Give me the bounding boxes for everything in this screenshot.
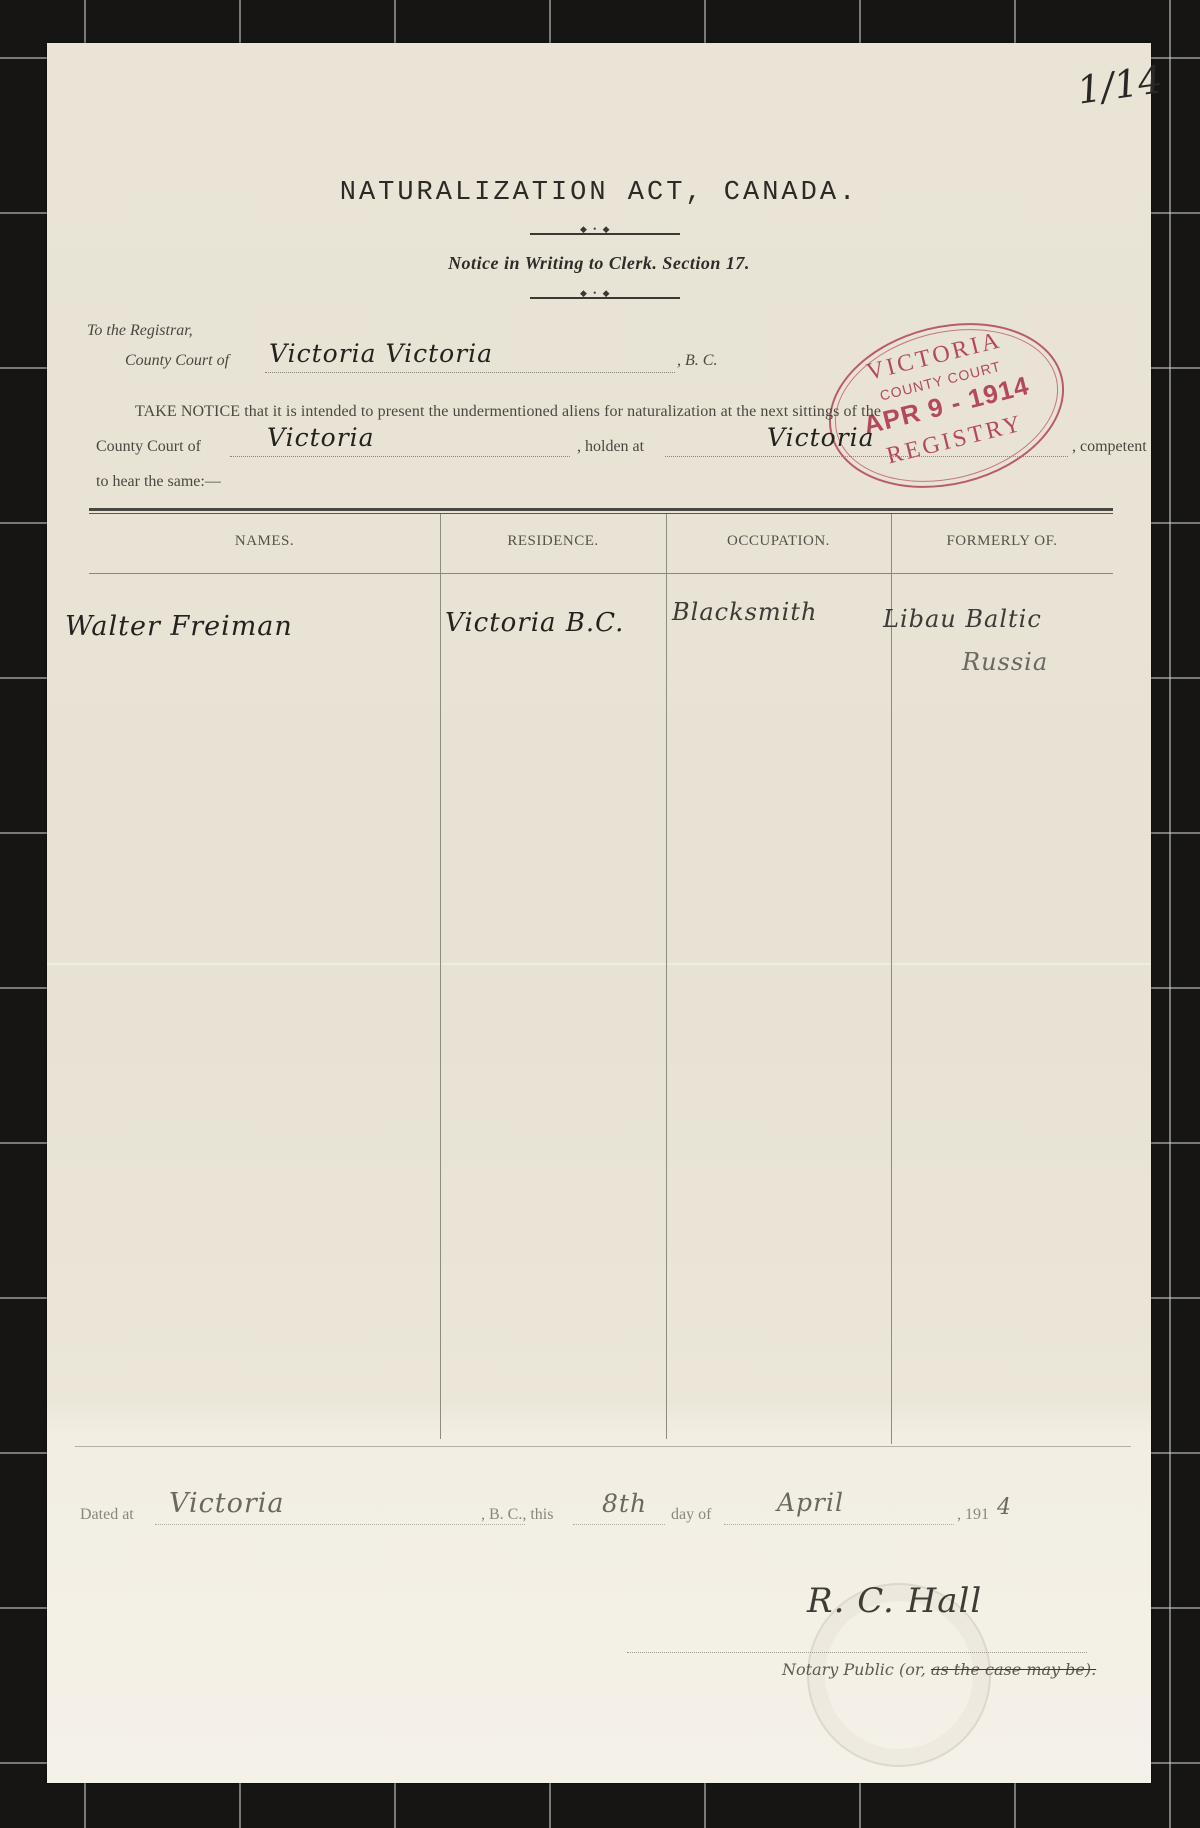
table-top-rule-thin bbox=[89, 513, 1113, 514]
naturalization-notice-form: 1/14 NATURALIZATION ACT, CANADA. Notice … bbox=[47, 43, 1151, 1783]
notary-caption: Notary Public (or, as the case may be). bbox=[782, 1660, 1096, 1679]
registrar-label: To the Registrar, bbox=[87, 322, 193, 340]
notary-label: Notary Public (or, bbox=[782, 1660, 926, 1679]
cell-residence[interactable]: Victoria B.C. bbox=[445, 608, 624, 638]
month-field[interactable]: April bbox=[777, 1488, 844, 1517]
competent-label: , competent bbox=[1072, 438, 1147, 456]
holden-at-field[interactable]: Victoria bbox=[767, 423, 875, 452]
column-divider-3 bbox=[891, 514, 892, 1444]
form-title: NATURALIZATION ACT, CANADA. bbox=[47, 178, 1151, 208]
bc-suffix: , B. C. bbox=[677, 352, 717, 370]
county-court-field[interactable]: Victoria Victoria bbox=[269, 339, 493, 368]
ornament-divider-top bbox=[530, 232, 680, 236]
notice-text: TAKE NOTICE that it is intended to prese… bbox=[135, 403, 881, 421]
column-header-formerly-of: FORMERLY OF. bbox=[891, 533, 1113, 550]
month-field-line bbox=[724, 1523, 954, 1525]
cell-occupation[interactable]: Blacksmith bbox=[672, 598, 817, 626]
column-divider-1 bbox=[440, 514, 441, 1439]
signature-line bbox=[627, 1651, 1087, 1653]
column-divider-2 bbox=[666, 514, 667, 1439]
fold-crease bbox=[47, 963, 1151, 965]
county-court-label: County Court of bbox=[125, 352, 229, 370]
day-field-line bbox=[573, 1523, 665, 1525]
cell-name[interactable]: Walter Freiman bbox=[65, 611, 293, 642]
year-prefix: , 191 bbox=[957, 1506, 989, 1524]
bc-this-label: , B. C., this bbox=[481, 1506, 553, 1524]
year-field[interactable]: 4 bbox=[997, 1495, 1012, 1520]
day-of-label: day of bbox=[671, 1506, 711, 1524]
dated-at-field-line bbox=[155, 1523, 525, 1525]
cell-formerly-of-line2[interactable]: Russia bbox=[962, 648, 1048, 676]
form-subtitle: Notice in Writing to Clerk. Section 17. bbox=[47, 253, 1151, 274]
holden-at-label: , holden at bbox=[577, 438, 644, 456]
notary-struck-text: as the case may be). bbox=[931, 1660, 1096, 1679]
ornament-divider-bottom bbox=[530, 296, 680, 300]
table-top-rule bbox=[89, 508, 1113, 511]
county-court-field-line bbox=[265, 371, 675, 373]
hear-same-label: to hear the same:— bbox=[96, 473, 221, 491]
column-header-residence: RESIDENCE. bbox=[440, 533, 666, 550]
table-bottom-rule bbox=[75, 1446, 1131, 1447]
holden-at-field-line bbox=[665, 455, 1068, 457]
notary-signature: R. C. Hall bbox=[807, 1581, 982, 1621]
notice-county-label: County Court of bbox=[96, 438, 201, 456]
notice-county-field-line bbox=[230, 455, 570, 457]
page-number: 1/14 bbox=[1074, 57, 1165, 112]
cell-formerly-of-line1[interactable]: Libau Baltic bbox=[883, 605, 1042, 633]
column-header-occupation: OCCUPATION. bbox=[666, 533, 891, 550]
dated-at-field[interactable]: Victoria bbox=[169, 1488, 285, 1519]
header-bottom-rule bbox=[89, 573, 1113, 574]
notice-county-field[interactable]: Victoria bbox=[267, 423, 375, 452]
dated-at-label: Dated at bbox=[80, 1506, 134, 1524]
column-header-names: NAMES. bbox=[89, 533, 440, 550]
day-field[interactable]: 8th bbox=[602, 1489, 647, 1518]
